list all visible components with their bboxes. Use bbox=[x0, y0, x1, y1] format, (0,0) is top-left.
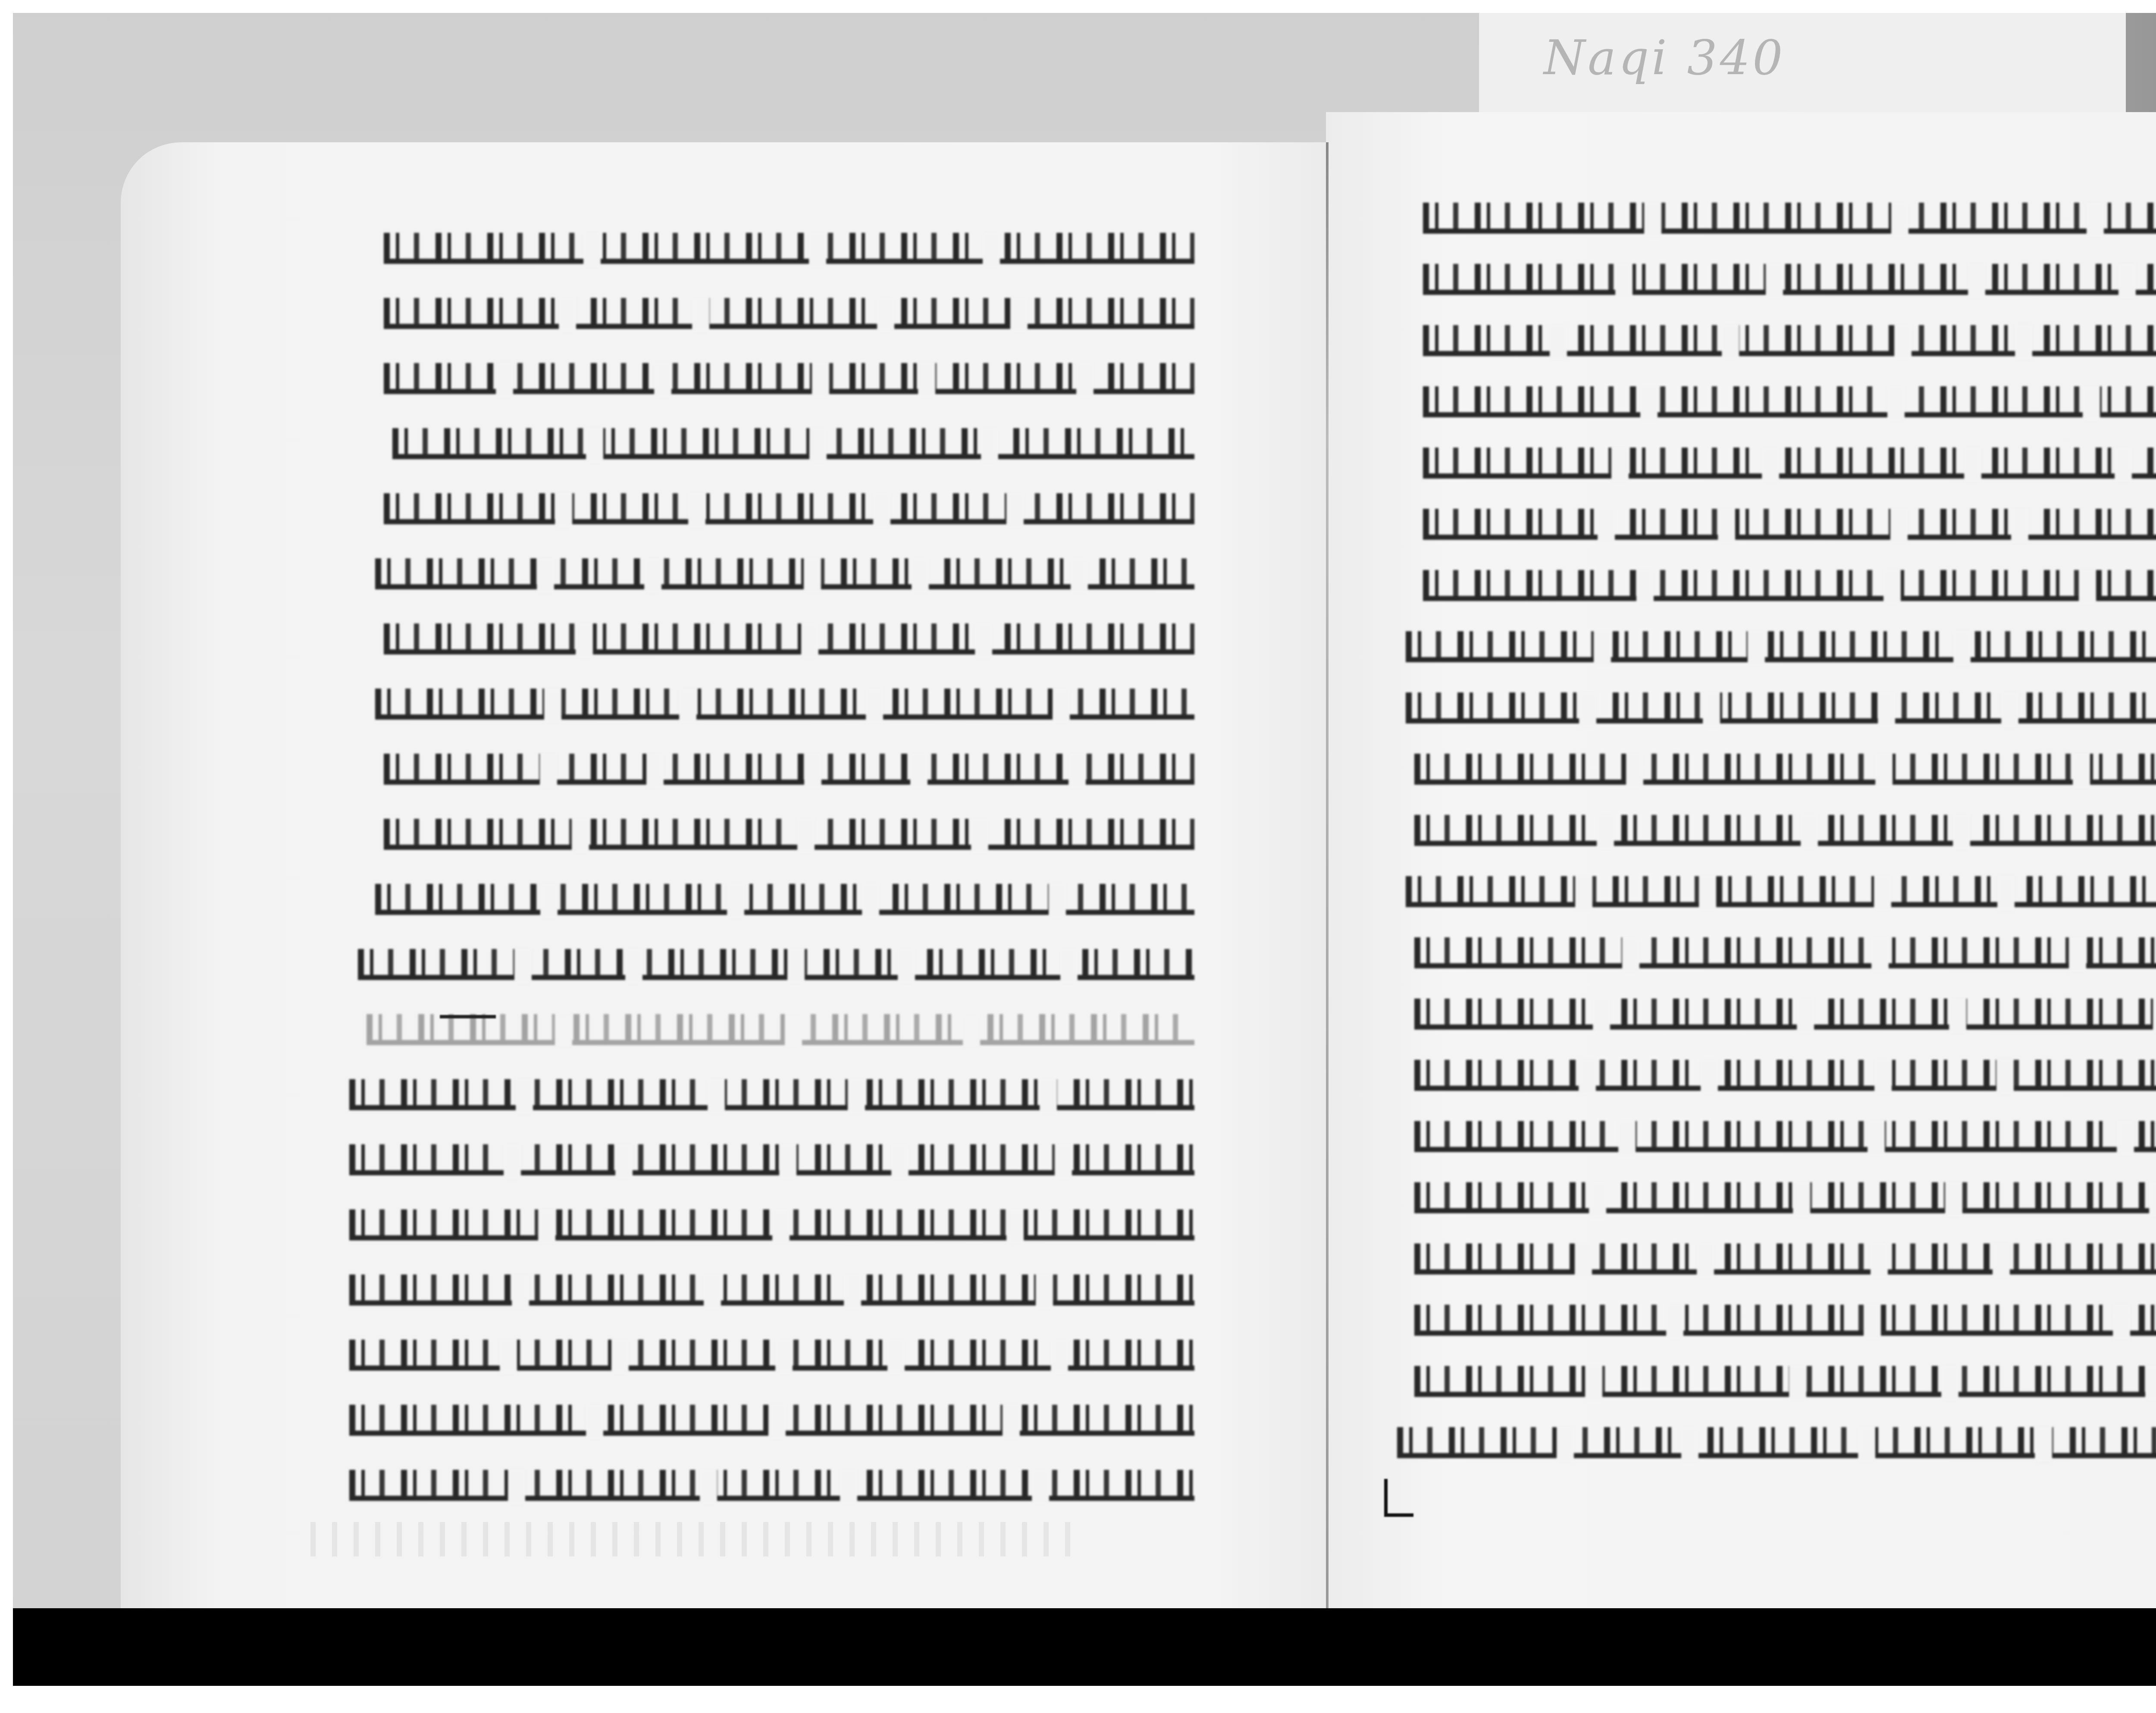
manuscript-line: [Syriac line 14] bbox=[1380, 990, 2156, 1033]
manuscript-line: [Syriac line 7] bbox=[310, 615, 1194, 658]
word-space bbox=[611, 1340, 629, 1374]
word-space bbox=[1762, 448, 1779, 482]
word-space bbox=[1801, 815, 1818, 849]
syriac-script-line: [Syriac line 10] bbox=[384, 819, 1194, 850]
manuscript-line: [Syriac line 19] bbox=[1380, 1296, 2156, 1339]
syriac-script-line: [Syriac line 14] bbox=[349, 1079, 1194, 1110]
word-space bbox=[540, 754, 557, 788]
syriac-script-line: [Syriac line 12] bbox=[1406, 876, 2156, 907]
word-space bbox=[1887, 386, 1905, 421]
word-space bbox=[1593, 999, 1610, 1033]
syriac-script-line: [Syriac line 11] bbox=[1414, 815, 2156, 846]
word-space bbox=[809, 428, 827, 463]
word-space bbox=[840, 1470, 857, 1504]
word-space bbox=[586, 428, 603, 463]
manuscript-line: [Syriac line 12] bbox=[1380, 867, 2156, 911]
manuscript-line: [Syriac line 5] bbox=[1380, 439, 2156, 482]
word-space bbox=[540, 884, 558, 918]
word-space bbox=[912, 558, 929, 593]
syriac-script-line: [Syriac line 20] bbox=[1414, 1366, 2156, 1397]
word-space bbox=[779, 1144, 796, 1179]
word-space bbox=[2117, 1121, 2134, 1156]
word-space bbox=[516, 1079, 533, 1114]
word-space bbox=[1579, 692, 1596, 727]
word-space bbox=[1618, 1121, 1636, 1156]
syriac-script-line: [Syriac line 14] bbox=[1414, 999, 2156, 1030]
word-space bbox=[2073, 754, 2090, 788]
word-space bbox=[1611, 448, 1629, 482]
word-space bbox=[2145, 1366, 2156, 1400]
word-space bbox=[615, 1144, 633, 1179]
word-space bbox=[1055, 1144, 1072, 1179]
word-space bbox=[877, 298, 894, 332]
manuscript-line: [Syriac line 7] bbox=[1380, 561, 2156, 604]
syriac-script-line: [Syriac line 5] bbox=[1423, 448, 2156, 479]
word-space bbox=[644, 558, 661, 593]
word-space bbox=[801, 623, 818, 658]
manuscript-line: [Syriac line 15] bbox=[310, 1136, 1194, 1179]
manuscript-line: [Syriac line 17] bbox=[1380, 1174, 2156, 1217]
word-space bbox=[2115, 448, 2132, 482]
manuscript-line: [Syriac line 4] bbox=[310, 420, 1194, 463]
manuscript-line: [Syriac line 12] bbox=[310, 940, 1194, 983]
word-space bbox=[1789, 1366, 1806, 1400]
word-space bbox=[1722, 325, 1739, 360]
manuscript-line: [Syriac line 18] bbox=[1380, 1235, 2156, 1278]
manuscript-line: [Syriac line 20] bbox=[1380, 1357, 2156, 1400]
word-space bbox=[496, 363, 513, 398]
syriac-script-line: [Syriac line 4] bbox=[1423, 386, 2156, 417]
word-space bbox=[910, 754, 928, 788]
bottom-shadow bbox=[13, 1608, 2156, 1686]
manuscript-line: [Syriac line 3] bbox=[1380, 316, 2156, 360]
word-space bbox=[1636, 570, 1654, 604]
word-space bbox=[1594, 631, 1611, 666]
word-space bbox=[508, 1470, 525, 1504]
manuscript-line: [Syriac line 3] bbox=[310, 354, 1194, 398]
manuscript-line: [Syriac line 10] bbox=[1380, 745, 2156, 788]
syriac-script-line: [Syriac line 4] bbox=[392, 428, 1194, 459]
word-space bbox=[500, 1340, 517, 1374]
syriac-script-line: [Syriac line 9] bbox=[384, 754, 1194, 785]
word-space bbox=[866, 689, 883, 723]
word-space bbox=[1060, 949, 1078, 983]
syriac-script-line: [Syriac line 7] bbox=[384, 623, 1194, 655]
syriac-script-line: [Syriac line 19] bbox=[349, 1405, 1194, 1436]
word-space bbox=[1699, 876, 1716, 911]
word-space bbox=[1874, 1060, 1892, 1094]
word-space bbox=[544, 689, 561, 723]
word-space bbox=[2069, 937, 2086, 972]
word-space bbox=[646, 754, 664, 788]
word-space bbox=[1051, 1340, 1068, 1374]
syriac-script-line: [Syriac line 20] bbox=[349, 1470, 1194, 1501]
word-space bbox=[1996, 1060, 2014, 1094]
syriac-script-line: [Syriac line 9] bbox=[1406, 692, 2156, 723]
word-space bbox=[772, 1209, 790, 1244]
word-space bbox=[555, 493, 572, 528]
manuscript-line: [Syriac line 18] bbox=[310, 1331, 1194, 1374]
word-space bbox=[555, 1014, 572, 1049]
word-space bbox=[2079, 570, 2096, 604]
manuscript-line: [Syriac line 13] bbox=[1380, 929, 2156, 972]
word-space bbox=[1964, 448, 1981, 482]
word-space bbox=[625, 949, 642, 983]
syriac-script-line: [Syriac line 21] bbox=[1397, 1427, 2156, 1458]
word-space bbox=[1883, 570, 1901, 604]
syriac-script-line: [Syriac line 13] bbox=[1414, 937, 2156, 968]
word-space bbox=[583, 233, 601, 267]
syriac-script-line: [Syriac line 6] bbox=[1423, 509, 2156, 540]
word-space bbox=[844, 1275, 861, 1309]
manuscript-line: [Syriac line 16] bbox=[310, 1201, 1194, 1244]
manuscript-line: [Syriac line 8] bbox=[310, 680, 1194, 723]
word-space bbox=[787, 949, 805, 983]
syriac-script-line: [Syriac line 15] bbox=[1414, 1060, 2156, 1091]
manuscript-line: [Syriac line 10] bbox=[310, 810, 1194, 853]
syriac-script-line: [Syriac line 17] bbox=[1414, 1182, 2156, 1213]
word-space bbox=[804, 558, 821, 593]
word-space bbox=[692, 298, 709, 332]
manuscript-line: [Syriac line 6] bbox=[310, 550, 1194, 593]
syriac-script-line: [Syriac line 10] bbox=[1414, 754, 2156, 785]
word-space bbox=[1003, 1405, 1020, 1439]
syriac-script-line: [Syriac line 18] bbox=[349, 1340, 1194, 1371]
word-space bbox=[512, 1275, 529, 1309]
word-space bbox=[2015, 325, 2032, 360]
word-space bbox=[1032, 1470, 1049, 1504]
manuscript-line: [Syriac line 11] bbox=[310, 875, 1194, 918]
manuscript-line: [Syriac line 9] bbox=[1380, 684, 2156, 727]
word-space bbox=[887, 1340, 905, 1374]
shelfmark-label: Naqi 340 bbox=[1544, 30, 1785, 85]
word-space bbox=[1071, 558, 1088, 593]
word-space bbox=[1875, 754, 1893, 788]
right-page-text: [Syriac line 1][Syriac line 2][Syriac li… bbox=[1380, 194, 2156, 1480]
manuscript-line: [Syriac line 6] bbox=[1380, 500, 2156, 543]
interlinear-insertion bbox=[440, 1005, 496, 1018]
syriac-script-line: [Syriac line 8] bbox=[1406, 631, 2156, 662]
word-space bbox=[812, 363, 829, 398]
word-space bbox=[1949, 999, 1966, 1033]
word-space bbox=[576, 623, 593, 658]
word-space bbox=[559, 298, 576, 332]
left-page-text: [Syriac line 1][Syriac line 2][Syriac li… bbox=[310, 224, 1194, 1526]
word-space bbox=[2087, 203, 2104, 237]
word-space bbox=[1953, 815, 1970, 849]
final-word bbox=[1384, 1479, 1413, 1517]
syriac-script-line: [Syriac line 11] bbox=[375, 884, 1194, 915]
manuscript-line: [Syriac line 11] bbox=[1380, 806, 2156, 849]
word-space bbox=[2118, 264, 2136, 298]
word-space bbox=[514, 949, 532, 983]
word-space bbox=[983, 233, 1000, 267]
word-space bbox=[1858, 1427, 1875, 1462]
word-space bbox=[1076, 363, 1094, 398]
word-space bbox=[809, 233, 826, 267]
word-space bbox=[1871, 937, 1889, 972]
word-space bbox=[873, 493, 890, 528]
word-space bbox=[708, 1079, 725, 1114]
word-space bbox=[1993, 1243, 2010, 1278]
syriac-script-line: [Syriac line 2] bbox=[384, 298, 1194, 329]
word-space bbox=[688, 493, 705, 528]
word-space bbox=[1622, 937, 1639, 972]
word-space bbox=[700, 1470, 717, 1504]
word-space bbox=[1945, 1182, 1962, 1217]
syriac-script-line: [Syriac line 8] bbox=[375, 689, 1194, 720]
word-space bbox=[768, 1405, 786, 1439]
word-space bbox=[1718, 509, 1735, 543]
word-space bbox=[1874, 876, 1891, 911]
manuscript-line: [Syriac line 5] bbox=[310, 485, 1194, 528]
word-space bbox=[898, 949, 915, 983]
syriac-script-line: [Syriac line 15] bbox=[349, 1144, 1194, 1175]
word-space bbox=[1797, 999, 1814, 1033]
word-space bbox=[981, 428, 998, 463]
word-space bbox=[704, 1275, 721, 1309]
manuscript-line: [Syriac line 2] bbox=[1380, 255, 2156, 298]
word-space bbox=[1640, 386, 1658, 421]
word-space bbox=[679, 689, 696, 723]
word-space bbox=[1006, 493, 1024, 528]
word-space bbox=[1864, 1305, 1881, 1339]
manuscript-line: [Syriac line 16] bbox=[1380, 1112, 2156, 1156]
word-space bbox=[918, 363, 935, 398]
manuscript-line: [Syriac line 17] bbox=[310, 1266, 1194, 1309]
word-space bbox=[971, 819, 988, 853]
word-space bbox=[1697, 1243, 1714, 1278]
word-space bbox=[1597, 815, 1614, 849]
manuscript-line: [Syriac line 1] bbox=[310, 224, 1194, 267]
word-space bbox=[1681, 1427, 1698, 1462]
syriac-script-line: [Syriac line 6] bbox=[375, 558, 1194, 589]
word-space bbox=[1666, 1305, 1683, 1339]
word-space bbox=[1748, 631, 1765, 666]
word-space bbox=[538, 1209, 555, 1244]
word-space bbox=[1953, 631, 1971, 666]
word-space bbox=[2011, 509, 2028, 543]
word-space bbox=[1049, 884, 1066, 918]
syriac-script-line: [Syriac line 18] bbox=[1414, 1243, 2156, 1275]
syriac-script-line: [Syriac line 12] bbox=[358, 949, 1194, 980]
word-space bbox=[1615, 264, 1633, 298]
word-space bbox=[1644, 203, 1661, 237]
syriac-script-line: [Syriac line 2] bbox=[1423, 264, 2156, 295]
syriac-script-line: [Syriac line 7] bbox=[1423, 570, 2156, 601]
word-space bbox=[1006, 1209, 1024, 1244]
syriac-script-line: [Syriac line 13 (faint)] bbox=[367, 1014, 1194, 1045]
syriac-script-line: [Syriac line 1] bbox=[384, 233, 1194, 264]
word-space bbox=[797, 819, 815, 853]
word-space bbox=[727, 884, 744, 918]
word-space bbox=[1550, 325, 1567, 360]
word-space bbox=[1069, 754, 1086, 788]
syriac-script-line: [Syriac line 19] bbox=[1414, 1305, 2156, 1336]
syriac-script-line: [Syriac line 5] bbox=[384, 493, 1194, 524]
word-space bbox=[1557, 1427, 1574, 1462]
word-space bbox=[586, 1405, 603, 1439]
word-space bbox=[1941, 1366, 1959, 1400]
word-space bbox=[963, 1014, 980, 1049]
word-space bbox=[1871, 1243, 1888, 1278]
word-space bbox=[1766, 264, 1783, 298]
syriac-script-line: [Syriac line 3] bbox=[384, 363, 1194, 394]
word-space bbox=[2149, 1182, 2156, 1217]
word-space bbox=[1891, 203, 1908, 237]
word-space bbox=[975, 623, 992, 658]
manuscript-line: [Syriac line 1] bbox=[1380, 194, 2156, 237]
word-space bbox=[1585, 1366, 1602, 1400]
word-space bbox=[1598, 509, 1615, 543]
word-space bbox=[1890, 509, 1908, 543]
manuscript-line: [Syriac line 15] bbox=[1380, 1051, 2156, 1094]
word-space bbox=[1010, 298, 1028, 332]
syriac-script-line: [Syriac line 16] bbox=[349, 1209, 1194, 1240]
word-space bbox=[1053, 689, 1070, 723]
word-space bbox=[1040, 1079, 1057, 1114]
word-space bbox=[862, 884, 879, 918]
manuscript-line: [Syriac line 19] bbox=[310, 1396, 1194, 1439]
word-space bbox=[2153, 999, 2156, 1033]
word-space bbox=[1036, 1275, 1053, 1309]
word-space bbox=[504, 1144, 521, 1179]
word-space bbox=[1589, 1182, 1606, 1217]
word-space bbox=[1575, 876, 1592, 911]
ink-bleed-through bbox=[310, 1522, 1087, 1556]
syriac-script-line: [Syriac line 1] bbox=[1423, 203, 2156, 234]
manuscript-line: [Syriac line 21] bbox=[1380, 1419, 2156, 1462]
word-space bbox=[654, 363, 671, 398]
syriac-script-line: [Syriac line 16] bbox=[1414, 1121, 2156, 1152]
word-space bbox=[785, 1014, 802, 1049]
word-space bbox=[2083, 386, 2100, 421]
word-space bbox=[1997, 876, 2015, 911]
word-space bbox=[1793, 1182, 1810, 1217]
word-space bbox=[775, 1340, 793, 1374]
word-space bbox=[1878, 692, 1895, 727]
word-space bbox=[1701, 1060, 1718, 1094]
syriac-script-line: [Syriac line 17] bbox=[349, 1275, 1194, 1306]
manuscript-line: [Syriac line 9] bbox=[310, 745, 1194, 788]
word-space bbox=[1626, 754, 1643, 788]
manuscript-line: [Syriac line 2] bbox=[310, 289, 1194, 332]
word-space bbox=[804, 754, 821, 788]
word-space bbox=[1968, 264, 1985, 298]
word-space bbox=[2113, 1305, 2130, 1339]
word-space bbox=[1894, 325, 1912, 360]
book-gutter bbox=[1326, 142, 1329, 1617]
manuscript-line: [Syriac line 8] bbox=[1380, 623, 2156, 666]
manuscript-line: [Syriac line 20] bbox=[310, 1461, 1194, 1504]
word-space bbox=[537, 558, 554, 593]
word-space bbox=[848, 1079, 865, 1114]
word-space bbox=[2001, 692, 2018, 727]
word-space bbox=[1575, 1243, 1592, 1278]
word-space bbox=[1868, 1121, 1885, 1156]
word-space bbox=[2035, 1427, 2052, 1462]
word-space bbox=[1703, 692, 1720, 727]
syriac-script-line: [Syriac line 3] bbox=[1423, 325, 2156, 356]
manuscript-line: [Syriac line 4] bbox=[1380, 378, 2156, 421]
word-space bbox=[1579, 1060, 1596, 1094]
word-space bbox=[572, 819, 589, 853]
word-space bbox=[891, 1144, 909, 1179]
manuscript-line: [Syriac line 14] bbox=[310, 1071, 1194, 1114]
